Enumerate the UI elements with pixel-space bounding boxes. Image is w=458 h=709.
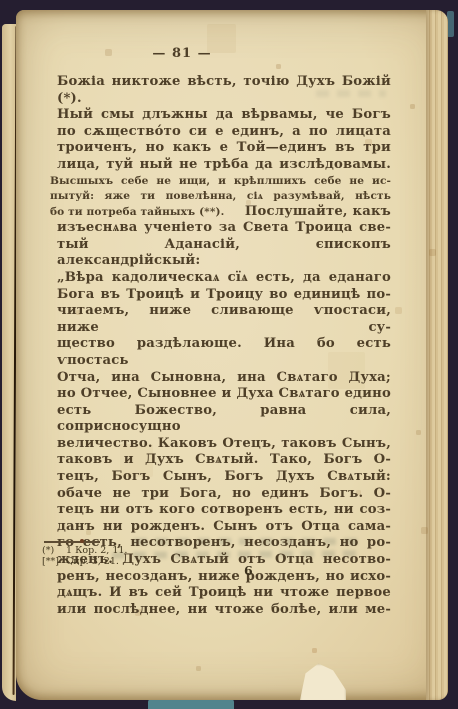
text-line: ренъ, несозданъ, ниже рожденъ, но исхо- bbox=[57, 569, 391, 586]
text-line: Отча, ина Сыновна, ина Свѧтаго Духа; bbox=[57, 370, 391, 387]
signature-number: 6 bbox=[244, 563, 253, 578]
text-line: обаче не три Бога, но единъ Богъ. О- bbox=[57, 486, 391, 503]
text-line: или послѣднее, ни чтоже болѣе, или ме- bbox=[57, 602, 391, 619]
footnote-separator-dot bbox=[80, 539, 84, 543]
footnote-marker: (*) bbox=[42, 546, 66, 557]
text-line: троиченъ, но какъ е Той—единъ въ три bbox=[57, 140, 391, 157]
text-line: щество раздѣлающе. Ина бо есть ѵпостась bbox=[57, 336, 391, 369]
text-line: Божіа никтоже вѣсть, точію Духъ Божій (*… bbox=[57, 74, 391, 107]
text-line: „Вѣра кадолическаѧ сїѧ есть, да еданаго bbox=[57, 270, 391, 287]
text-line: дѧщъ. И въ сей Троицѣ ни чтоже первое bbox=[57, 585, 391, 602]
book-photo: — 81 — Божіа никтоже вѣсть, точію Духъ Б… bbox=[0, 0, 458, 709]
text-line: тый Аданасій, єпископъ александрійскый: bbox=[57, 237, 391, 270]
page-tear bbox=[300, 662, 346, 700]
footnote-marker: [**] bbox=[42, 557, 66, 568]
desk-surface-strip bbox=[148, 699, 234, 709]
text-line: бо ти потреба тайныхъ (**).Послушайте, к… bbox=[50, 204, 391, 221]
text-line: таковъ и Духъ Свѧтый. Тако, Богъ О- bbox=[57, 452, 391, 469]
text-line: величество. Каковъ Отецъ, таковъ Сынъ, bbox=[57, 436, 391, 453]
footnote-text: Сир. 3, 21. bbox=[66, 556, 119, 567]
text-line: пытуй: яже ти повелѣнна, сіѧ разумѣвай, … bbox=[50, 189, 391, 204]
quote-fragment: бо ти потреба тайныхъ (**). bbox=[50, 204, 224, 221]
desk-surface-sliver bbox=[447, 11, 454, 37]
text-line: тецъ, Богъ Сынъ, Богъ Духъ Свѧтый: bbox=[57, 469, 391, 486]
body-text: Божіа никтоже вѣсть, точію Духъ Божій (*… bbox=[57, 74, 391, 618]
text-line: читаемъ, ниже сливающе ѵпостаси, ниже су… bbox=[57, 303, 391, 336]
text-line: изъеснѧва ученіето за Света Троица све- bbox=[57, 220, 391, 237]
footnotes: (*)1 Кор. 2, 11.[**]Сир. 3, 21. bbox=[42, 546, 127, 567]
text-fragment: Послушайте, какъ bbox=[245, 204, 391, 221]
footnote-text: 1 Кор. 2, 11. bbox=[66, 545, 127, 556]
text-line: по сѫщество́то си е единъ, а по лицата bbox=[57, 124, 391, 141]
text-line: лица, туй ный не трѣба да изслѣдовамы. bbox=[57, 157, 391, 174]
book-page: — 81 — Божіа никтоже вѣсть, точію Духъ Б… bbox=[16, 10, 448, 700]
text-line: есть Божество, равна сила, соприсносущно bbox=[57, 403, 391, 436]
text-line: Высшыхъ себе не ищи, и крѣплшихъ себе не… bbox=[50, 174, 391, 189]
footnote: [**]Сир. 3, 21. bbox=[42, 557, 127, 568]
text-line: но Отчее, Сыновнее и Духа Свѧтаго едино bbox=[57, 386, 391, 403]
page-number-header: — 81 — bbox=[132, 46, 232, 61]
text-line: тецъ ни отъ кого сотворенъ есть, ни соз- bbox=[57, 502, 391, 519]
text-line: Бога въ Троицѣ и Троицу во единицѣ по- bbox=[57, 287, 391, 304]
text-line: данъ ни рожденъ. Сынъ отъ Отца сама- bbox=[57, 519, 391, 536]
fore-edge-page-stack bbox=[426, 10, 448, 700]
foxing-stains bbox=[16, 10, 17, 11]
text-line: Ный смы длъжны да вѣрвамы, че Богъ bbox=[57, 107, 391, 124]
footnote-separator bbox=[44, 541, 100, 543]
